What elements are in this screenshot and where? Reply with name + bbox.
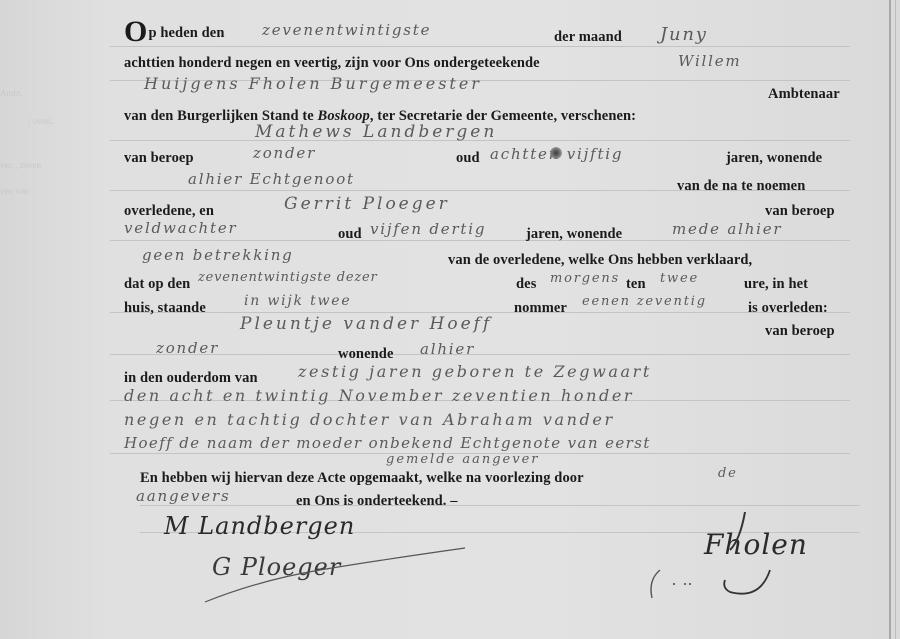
ghost-text: ver. , zeven: [0, 160, 41, 170]
ghost-text: : overl.: [28, 116, 54, 126]
printed-text: p heden den: [148, 25, 224, 41]
handwritten-relation: geen betrekking: [142, 246, 294, 264]
printed-text: jaren, wonende: [526, 226, 622, 243]
drop-initial: O: [124, 15, 147, 48]
record-line-1: Op heden den: [124, 22, 224, 42]
handwritten-declarant1-name: Mathews Landbergen: [255, 122, 497, 142]
handwritten-interlinear-note: gemelde aangever: [386, 452, 539, 467]
printed-text: in den ouderdom van: [124, 370, 258, 387]
printed-text: van de overledene, welke Ons hebben verk…: [448, 252, 752, 269]
printed-text: van beroep: [765, 203, 835, 220]
signature-official-flourish: [630, 510, 830, 610]
handwritten-declarant2-name: Gerrit Ploeger: [284, 194, 450, 214]
signature-declarant-1: M Landbergen: [164, 512, 355, 540]
handwritten-parentage-spouse: Hoeff de naam der moeder onbekend Echtge…: [124, 434, 651, 452]
handwritten-district: in wijk twee: [244, 293, 351, 309]
ghost-text: ven van: [0, 186, 28, 196]
signature-flourish: [200, 540, 470, 610]
ruled-line: [110, 46, 850, 47]
printed-text: en Ons is onderteekend. –: [296, 493, 458, 510]
handwritten-birthdate: den acht en twintig November zeventien h…: [124, 386, 634, 405]
printed-text: van de na te noemen: [677, 178, 805, 195]
ruled-line: [110, 354, 850, 355]
printed-text: des: [516, 276, 536, 293]
ink-blot: [550, 147, 562, 159]
left-margin-bleedthrough: Ambt. : overl. ver. , zeven ven van: [0, 0, 100, 639]
ruled-line: [110, 312, 850, 313]
handwritten-official-name: Huijgens Fholen Burgemeester: [144, 74, 482, 93]
printed-text: oud: [338, 226, 362, 243]
handwritten-deceased-name: Pleuntje vander Hoeff: [240, 314, 492, 334]
printed-text: van beroep: [124, 150, 194, 167]
handwritten-official-firstname: Willem: [678, 52, 741, 70]
printed-text: is overleden:: [748, 300, 828, 317]
printed-text: nommer: [514, 300, 567, 317]
handwritten-time-of-day: morgens: [550, 271, 620, 286]
handwritten-word: aangevers: [136, 487, 230, 505]
document-page: Ambt. : overl. ver. , zeven ven van Op h…: [0, 0, 900, 639]
printed-text: En hebben wij hiervan deze Acte opgemaak…: [140, 470, 584, 487]
printed-text: overledene, en: [124, 203, 214, 220]
handwritten-hour: twee: [660, 271, 699, 286]
printed-text: Ambtenaar: [768, 86, 840, 103]
record-line-2: achttien honderd negen en veertig, zijn …: [124, 55, 540, 72]
printed-text: huis, staande: [124, 300, 206, 317]
ghost-text: Ambt.: [0, 88, 23, 98]
handwritten-occupation: zonder: [156, 339, 219, 357]
printed-text: ten: [626, 276, 646, 293]
handwritten-age-birthplace: zestig jaren geboren te Zegwaart: [298, 362, 652, 381]
printed-text: dat op den: [124, 276, 190, 293]
handwritten-residence-relation: alhier Echtgenoot: [188, 170, 355, 188]
handwritten-month: Juny: [660, 24, 708, 45]
handwritten-house-number: eenen zeventig: [582, 294, 707, 309]
printed-text: oud: [456, 150, 480, 167]
printed-text: wonende: [338, 346, 394, 363]
page-edge-line: [895, 0, 896, 639]
handwritten-occupation: zonder: [253, 144, 316, 162]
handwritten-residence: alhier: [420, 340, 475, 358]
page-edge-line: [889, 0, 891, 639]
printed-text: van beroep: [765, 323, 835, 340]
printed-text: der maand: [554, 29, 622, 46]
ruled-line: [110, 240, 850, 241]
handwritten-day: zevenentwintigste: [262, 21, 431, 39]
handwritten-parentage: negen en tachtig dochter van Abraham van…: [124, 410, 615, 429]
handwritten-residence: mede alhier: [672, 220, 782, 238]
handwritten-word: de: [718, 466, 738, 481]
handwritten-age: vijfen dertig: [370, 220, 486, 238]
printed-text: ure, in het: [744, 276, 808, 293]
ruled-line: [140, 505, 860, 506]
printed-text: jaren, wonende: [726, 150, 822, 167]
handwritten-occupation: veldwachter: [124, 219, 237, 237]
handwritten-date: zevenentwintigste dezer: [198, 270, 378, 285]
